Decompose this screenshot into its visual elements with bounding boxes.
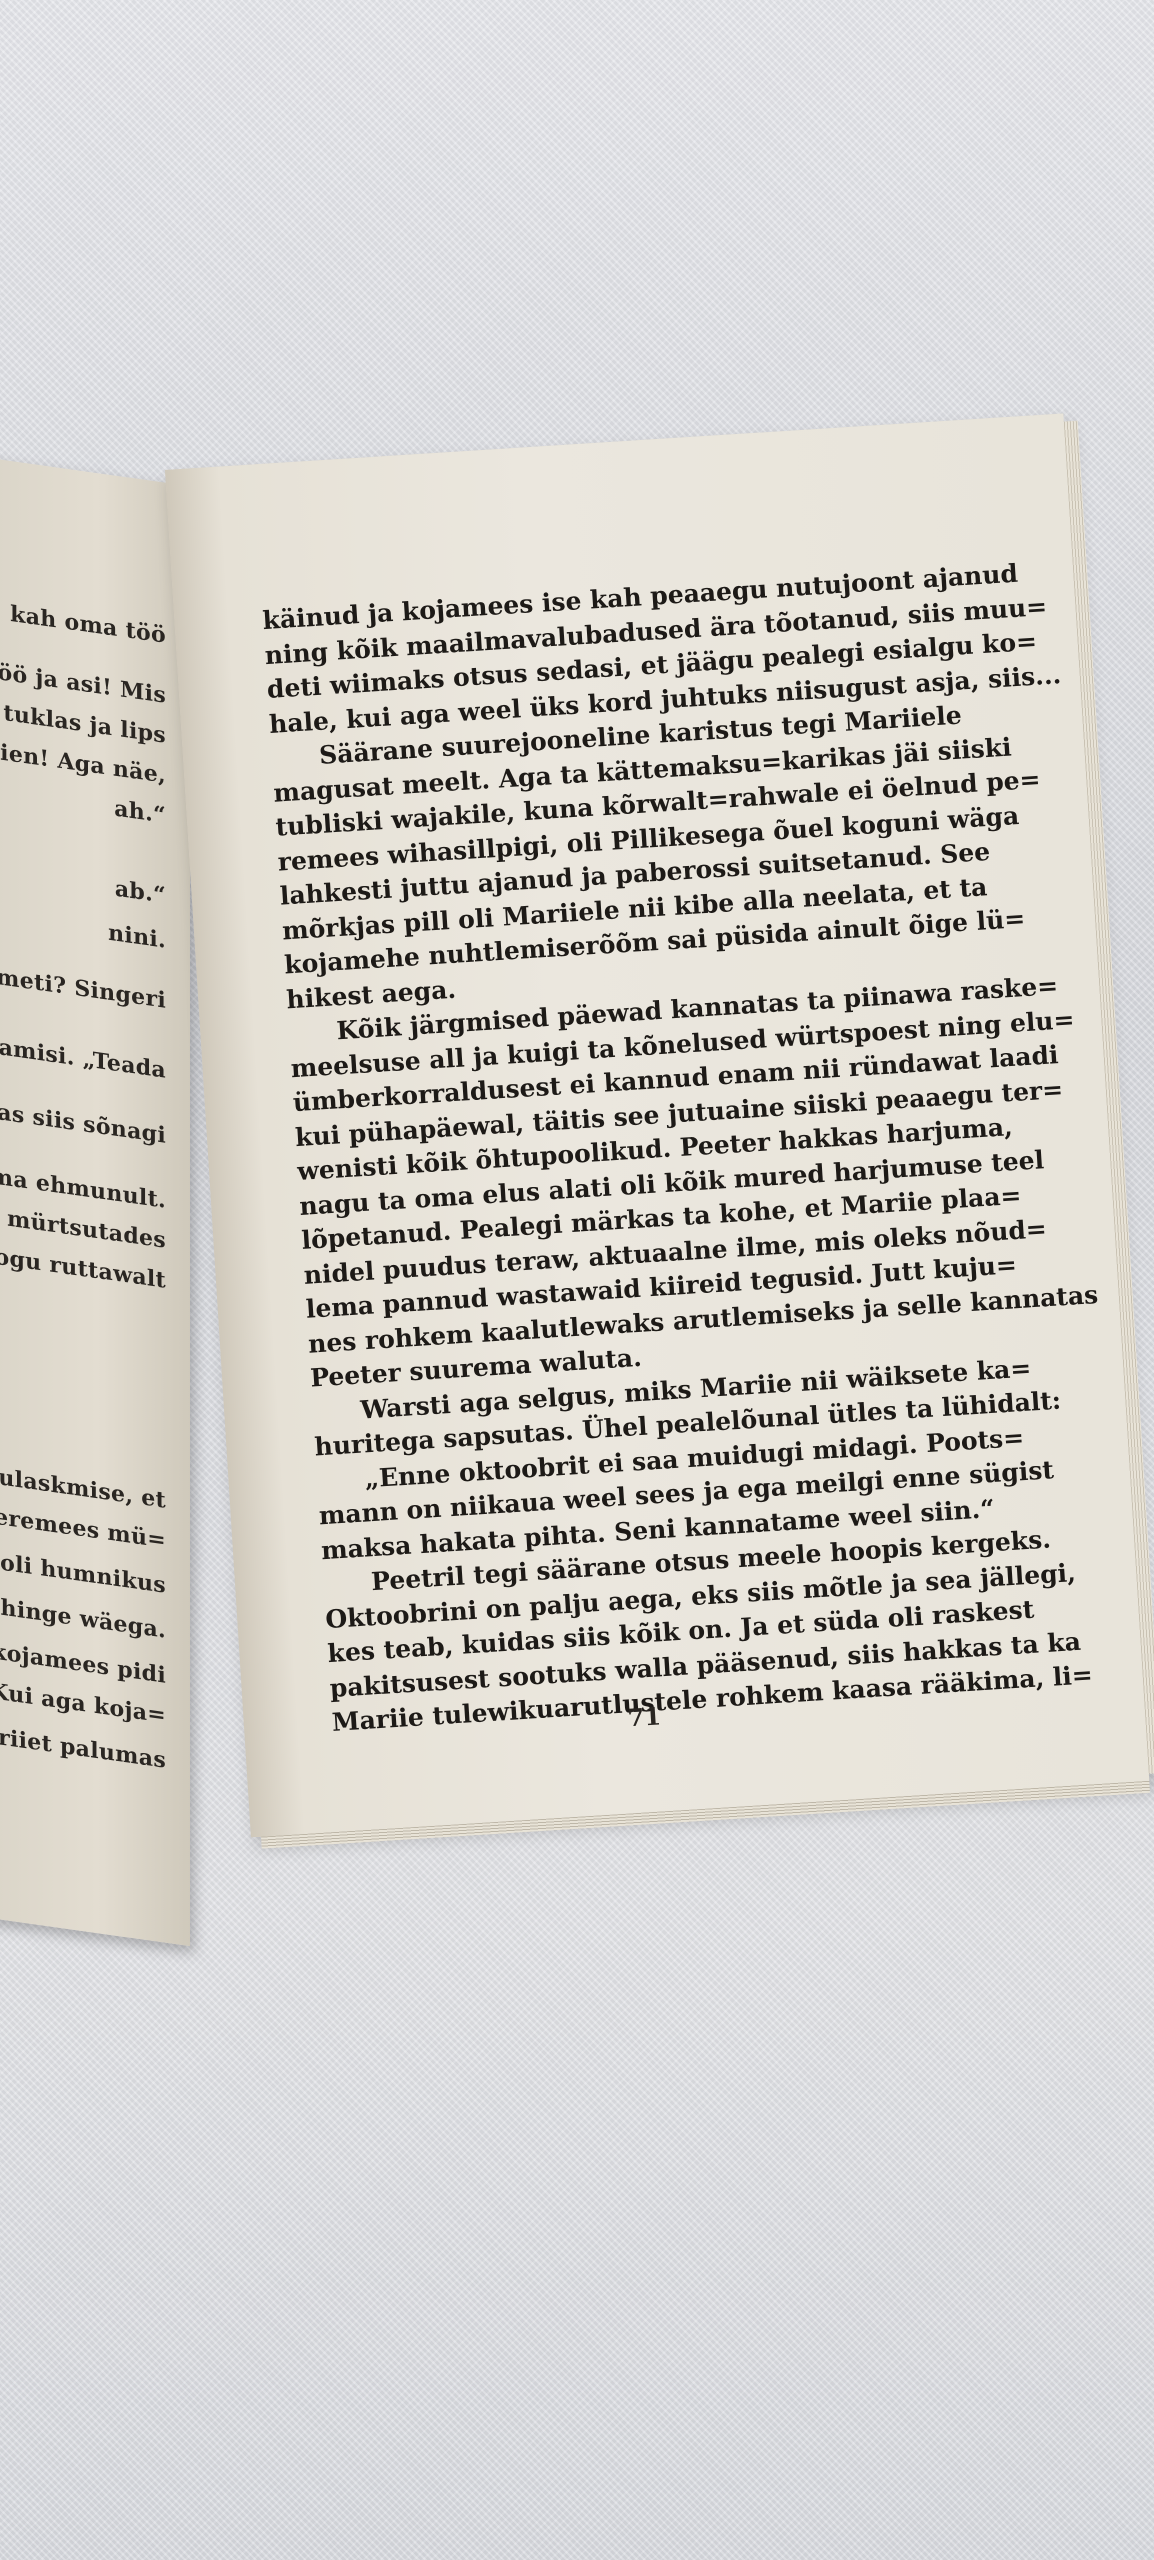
left-page-line: llma ehmunult. [0, 1161, 166, 1214]
left-page-line: ien! Aga näe, [0, 739, 166, 788]
book: käinud ja kojamees ise kah peaaegu nutuj… [165, 413, 1149, 1837]
left-page-line: nini. [108, 920, 166, 954]
left-page-line: Mariiet palumas [0, 1719, 166, 1774]
left-page-line: kah oma töö [10, 601, 166, 649]
left-page: kah oma töötöö ja asi! Mistuklas ja lips… [0, 454, 190, 1946]
right-page: käinud ja kojamees ise kah peaaegu nutuj… [165, 413, 1149, 1837]
left-page-text: kah oma töötöö ja asi! Mistuklas ja lips… [0, 454, 190, 486]
left-page-line: töö ja asi! Mis [0, 658, 166, 709]
left-page-line: rwamisi. „Teada [0, 1030, 166, 1084]
left-page-line: tuklas ja lips [3, 700, 166, 749]
left-page-line: ab.“ [115, 876, 166, 909]
left-page-line: kadalipulaskmise, et [0, 1451, 166, 1514]
page-body-text: käinud ja kojamees ise kah peaaegu nutuj… [262, 564, 972, 1740]
left-page-line: ah.“ [114, 796, 166, 829]
left-page-line: ometi? Singeri [0, 962, 166, 1014]
left-page-line: õmbas siis sõnagi [0, 1091, 166, 1148]
